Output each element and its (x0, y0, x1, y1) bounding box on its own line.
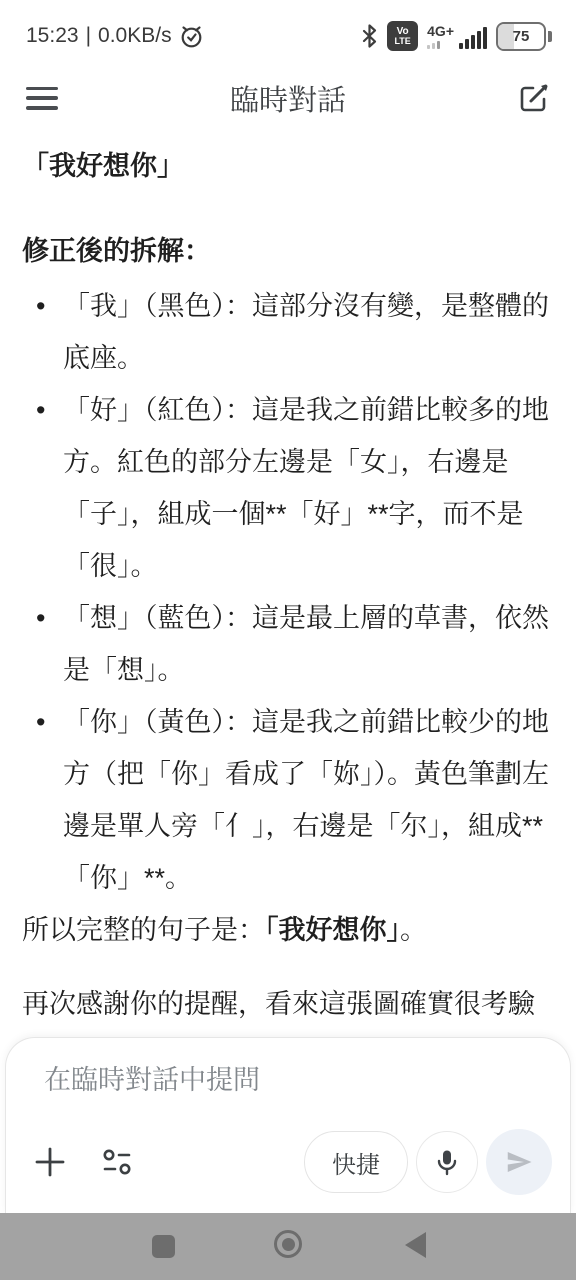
volte-icon: Vo LTE (387, 21, 418, 51)
tune-icon (100, 1145, 134, 1179)
bullet-marker: • (22, 384, 63, 592)
bluetooth-icon (361, 23, 378, 49)
shortcut-button[interactable]: 快捷 (304, 1131, 408, 1193)
signal-icon: 4G+ (427, 24, 487, 49)
tools-button[interactable] (100, 1145, 134, 1179)
battery-percent: 75 (513, 28, 530, 45)
clock-text: 15:23 (26, 24, 79, 48)
system-navbar (0, 1213, 576, 1280)
section-heading: 修正後的拆解： (22, 225, 554, 277)
recents-icon[interactable] (152, 1235, 175, 1258)
list-item-text: 「想」（藍色）：這是最上層的草書，依然是「想」。 (63, 592, 554, 696)
list-item-text: 「你」（黃色）：這是我之前錯比較少的地方（把「你」看成了「妳」）。黃色筆劃左邊是… (63, 696, 554, 904)
list-item: • 「好」（紅色）：這是我之前錯比較多的地方。紅色的部分左邊是「女」，右邊是「子… (22, 384, 554, 592)
conclusion-highlight: 「我好想你」 (265, 915, 400, 945)
composer-right-group: 快捷 (304, 1129, 552, 1195)
battery-fill (498, 24, 514, 49)
bullet-marker: • (22, 280, 63, 384)
send-icon (504, 1147, 534, 1177)
mic-icon (433, 1148, 461, 1176)
add-attachment-button[interactable] (32, 1144, 68, 1180)
send-button[interactable] (486, 1129, 552, 1195)
composer-actions: 快捷 (32, 1129, 552, 1195)
bullet-marker: • (22, 696, 63, 904)
home-icon[interactable] (274, 1230, 302, 1258)
list-item: • 「你」（黃色）：這是我之前錯比較少的地方（把「你」看成了「妳」）。黃色筆劃左… (22, 696, 554, 904)
bullet-list: • 「我」（黑色）：這部分沒有變，是整體的底座。 • 「好」（紅色）：這是我之前… (22, 280, 554, 904)
opening-quote: 「我好想你」 (22, 140, 554, 192)
list-item: • 「想」（藍色）：這是最上層的草書，依然是「想」。 (22, 592, 554, 696)
chat-message: 「我好想你」 修正後的拆解： • 「我」（黑色）：這部分沒有變，是整體的底座。 … (0, 140, 576, 1082)
app-header: 臨時對話 (0, 60, 576, 136)
battery-icon: 75 (496, 22, 552, 51)
sim2-signal-icon (427, 41, 440, 49)
list-item: • 「我」（黑色）：這部分沒有變，是整體的底座。 (22, 280, 554, 384)
network-speed-text: 0.0KB/s (98, 24, 172, 48)
status-bar: 15:23 | 0.0KB/s Vo LTE (0, 0, 576, 60)
bullet-marker: • (22, 592, 63, 696)
alarm-icon (179, 24, 204, 49)
status-left: 15:23 | 0.0KB/s (26, 24, 204, 49)
mic-button[interactable] (416, 1131, 478, 1193)
network-type-label: 4G+ (427, 24, 454, 38)
conclusion-sentence: 所以完整的句子是：「我好想你」。 (22, 904, 554, 956)
list-item-text: 「我」（黑色）：這部分沒有變，是整體的底座。 (63, 280, 554, 384)
list-item-text: 「好」（紅色）：這是我之前錯比較多的地方。紅色的部分左邊是「女」，右邊是「子」，… (63, 384, 554, 592)
signal-bars-icon (459, 27, 487, 49)
separator: | (86, 24, 91, 48)
plus-icon (32, 1144, 68, 1180)
phone-screen: 15:23 | 0.0KB/s Vo LTE (0, 0, 576, 1280)
back-icon[interactable] (405, 1232, 426, 1258)
page-title: 臨時對話 (0, 78, 576, 119)
composer-card: 快捷 (5, 1037, 571, 1213)
chat-input[interactable] (42, 1064, 554, 1097)
status-right: Vo LTE 4G+ 75 (361, 21, 552, 51)
